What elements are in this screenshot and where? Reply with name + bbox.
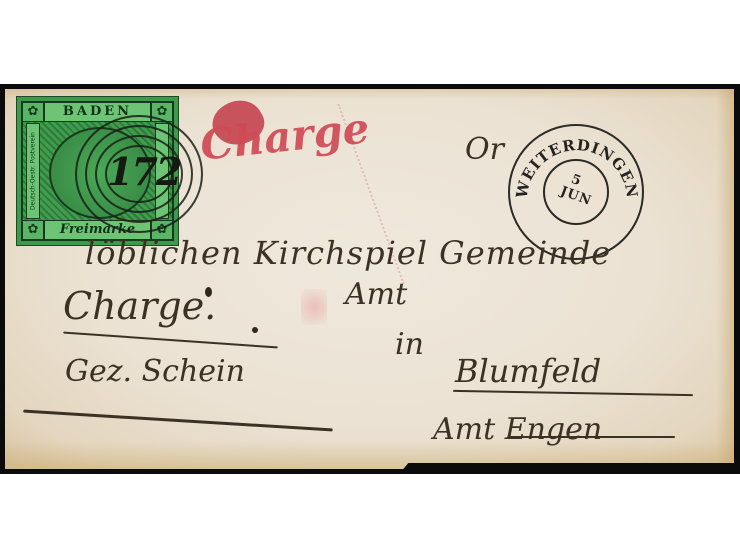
envelope-cover: Deutsch-Oestr. Postverein BADEN Freimark… — [5, 89, 734, 469]
postmark-inner-circle: 5 JUN — [543, 159, 609, 225]
manuscript-or: Or — [465, 132, 504, 167]
rosette-icon — [22, 102, 44, 122]
address-line: Amt Engen — [433, 412, 602, 447]
manuscript-receipt-note: Gez. Schein — [65, 354, 245, 389]
ink-dot — [252, 327, 258, 333]
red-smudge — [301, 289, 327, 325]
manuscript-charge-note: Charge. — [63, 284, 216, 328]
torn-edge — [402, 463, 734, 469]
underline — [453, 390, 693, 396]
stamp-side-panel: Deutsch-Oestr. Postverein — [26, 123, 40, 219]
address-line: Amt — [345, 277, 407, 312]
ink-dot — [205, 287, 212, 297]
paper-stain — [716, 89, 734, 469]
address-line: löblichen Kirchspiel Gemeinde — [85, 234, 611, 272]
underline — [507, 436, 675, 438]
cancel-number: 172 — [107, 149, 180, 194]
stamp-side-label: Deutsch-Oestr. Postverein — [30, 132, 37, 210]
underline — [63, 332, 278, 349]
address-line: in — [395, 327, 424, 362]
address-line: Blumfeld — [455, 352, 601, 390]
rosette-icon — [22, 220, 44, 240]
pen-stroke — [23, 410, 333, 432]
